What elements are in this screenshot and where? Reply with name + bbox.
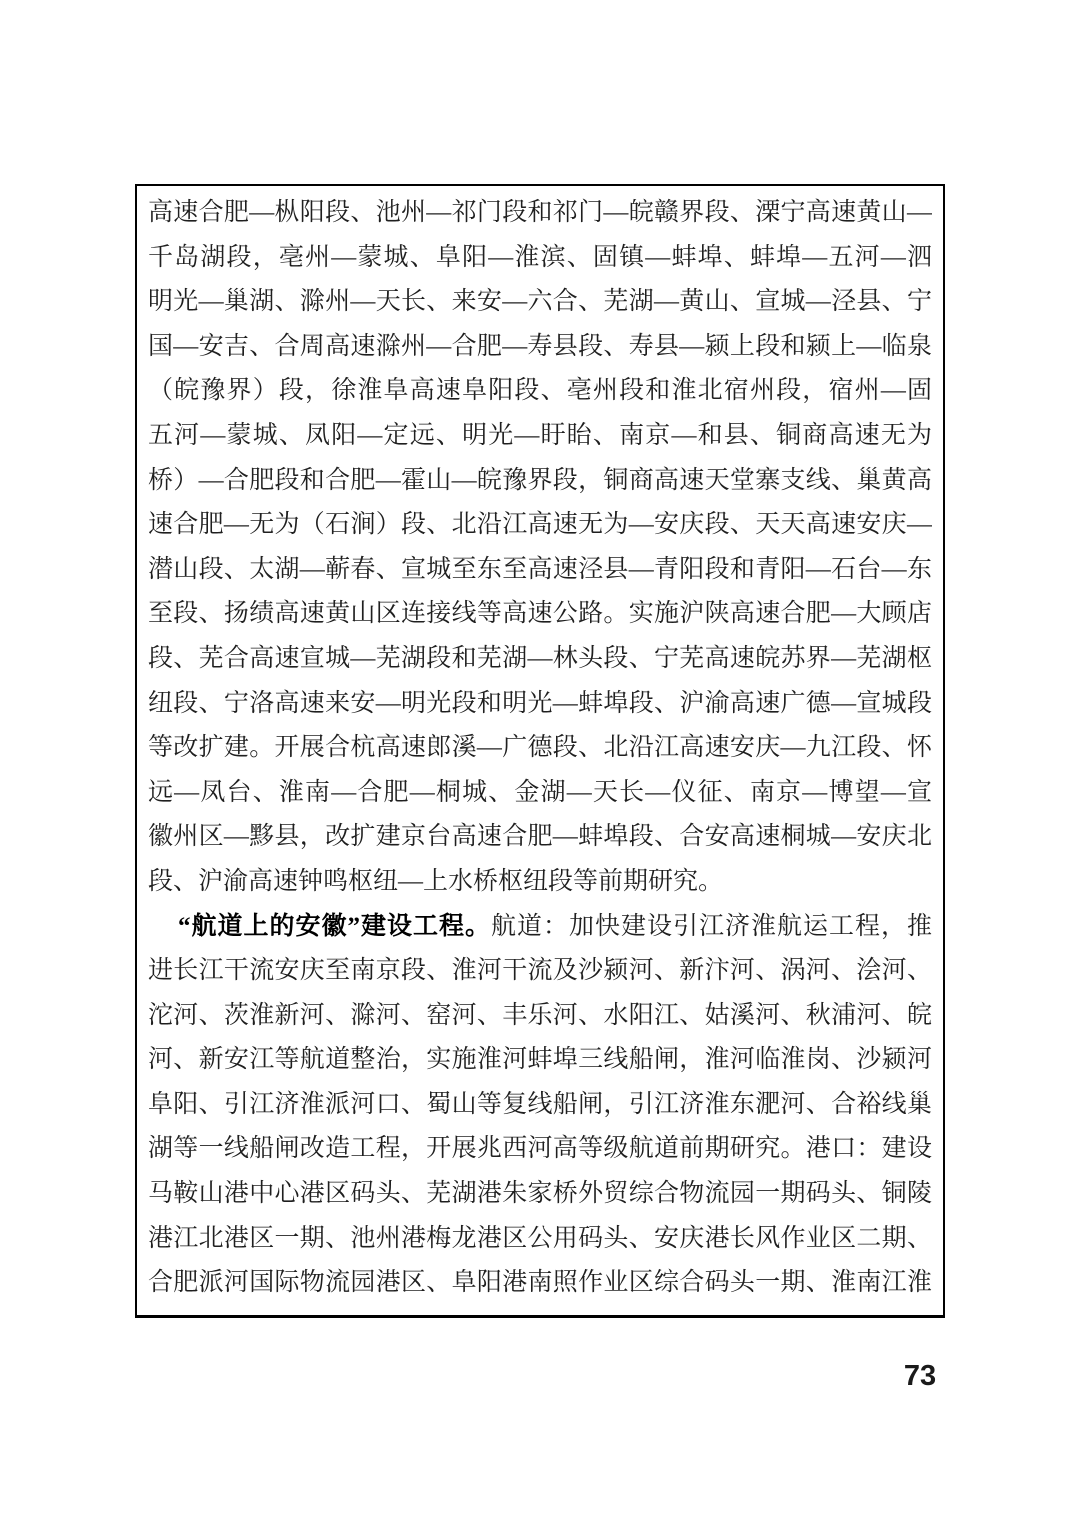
body-text: 阜阳、引江济淮派河口、蜀山等复线船闸，引江济淮东淝河、合裕线巢 bbox=[148, 1091, 932, 1118]
body-text: 远—凤台、淮南—合肥—桐城、金湖—天长—仪征、南京—博望—宣城、 bbox=[148, 779, 932, 816]
body-text: 徽州区—黟县，改扩建京台高速合肥—蚌埠段、合安高速桐城—安庆北 bbox=[148, 823, 932, 850]
body-text: 速合肥—无为（石涧）段、北沿江高速无为—安庆段、天天高速安庆— bbox=[148, 511, 932, 538]
text-line: （皖豫界）段，徐淮阜高速阜阳段、亳州段和淮北宿州段，宿州—固镇、 bbox=[148, 369, 932, 414]
body-text: 桥）—合肥段和合肥—霍山—皖豫界段，铜商高速天堂寨支线、巢黄高 bbox=[148, 467, 932, 494]
text-line: 五河—蒙城、凤阳—定远、明光—盱眙、南京—和县、铜商高速无为（塔 bbox=[148, 414, 932, 459]
body-text: 至段、扬绩高速黄山区连接线等高速公路。实施沪陕高速合肥—大顾店 bbox=[148, 600, 932, 627]
body-text: （皖豫界）段，徐淮阜高速阜阳段、亳州段和淮北宿州段，宿州—固镇、 bbox=[148, 377, 932, 414]
body-text: 沱河、茨淮新河、滁河、窑河、丰乐河、水阳江、姑溪河、秋浦河、皖 bbox=[148, 1002, 932, 1029]
body-text: 纽段、宁洛高速来安—明光段和明光—蚌埠段、沪渝高速广德—宣城段 bbox=[148, 690, 932, 717]
text-line: 国—安吉、合周高速滁州—合肥—寿县段、寿县—颍上段和颍上—临泉 bbox=[148, 325, 932, 370]
body-text: 国—安吉、合周高速滁州—合肥—寿县段、寿县—颍上段和颍上—临泉 bbox=[148, 333, 932, 360]
page-number: 73 bbox=[880, 1356, 960, 1396]
text-line: 远—凤台、淮南—合肥—桐城、金湖—天长—仪征、南京—博望—宣城、 bbox=[148, 771, 932, 816]
text-line: 速合肥—无为（石涧）段、北沿江高速无为—安庆段、天天高速安庆— bbox=[148, 503, 932, 548]
text-line: 进长江干流安庆至南京段、淮河干流及沙颍河、新汴河、涡河、浍河、 bbox=[148, 949, 932, 994]
text-line: 纽段、宁洛高速来安—明光段和明光—蚌埠段、沪渝高速广德—宣城段 bbox=[148, 682, 932, 727]
body-text: 段、芜合高速宣城—芜湖段和芜湖—林头段、宁芜高速皖苏界—芜湖枢 bbox=[148, 645, 932, 672]
body-text: 潜山段、太湖—蕲春、宣城至东至高速泾县—青阳段和青阳—石台—东 bbox=[148, 556, 932, 583]
body-text: 湖等一线船闸改造工程，开展兆西河高等级航道前期研究。港口：建设 bbox=[148, 1135, 932, 1162]
body-text: 明光—巢湖、滁州—天长、来安—六合、芜湖—黄山、宣城—泾县、宁 bbox=[148, 288, 932, 315]
body-text: 航道：加快建设引江济淮航运工程，推 bbox=[491, 913, 932, 940]
text-line: 高速合肥—枞阳段、池州—祁门段和祁门—皖赣界段、溧宁高速黄山— bbox=[148, 191, 932, 236]
text-line: 至段、扬绩高速黄山区连接线等高速公路。实施沪陕高速合肥—大顾店 bbox=[148, 592, 932, 637]
document-page: { "page": { "number": "73" }, "colors": … bbox=[0, 0, 1080, 1527]
text-line: 合肥派河国际物流园港区、阜阳港南照作业区综合码头一期、淮南江淮 bbox=[148, 1261, 932, 1306]
body-text: 段、沪渝高速钟鸣枢纽—上水桥枢纽段等前期研究。 bbox=[148, 868, 723, 895]
bold-heading-text: “航道上的安徽”建设工程。 bbox=[178, 913, 491, 940]
text-line: 明光—巢湖、滁州—天长、来安—六合、芜湖—黄山、宣城—泾县、宁 bbox=[148, 280, 932, 325]
text-line: 沱河、茨淮新河、滁河、窑河、丰乐河、水阳江、姑溪河、秋浦河、皖 bbox=[148, 994, 932, 1039]
text-line: 湖等一线船闸改造工程，开展兆西河高等级航道前期研究。港口：建设 bbox=[148, 1127, 932, 1172]
text-line: 马鞍山港中心港区码头、芜湖港朱家桥外贸综合物流园一期码头、铜陵 bbox=[148, 1172, 932, 1217]
body-text: 五河—蒙城、凤阳—定远、明光—盱眙、南京—和县、铜商高速无为（塔 bbox=[148, 422, 932, 459]
text-line: 桥）—合肥段和合肥—霍山—皖豫界段，铜商高速天堂寨支线、巢黄高 bbox=[148, 459, 932, 504]
body-text: 进长江干流安庆至南京段、淮河干流及沙颍河、新汴河、涡河、浍河、 bbox=[148, 957, 932, 984]
document-body: 高速合肥—枞阳段、池州—祁门段和祁门—皖赣界段、溧宁高速黄山—千岛湖段，亳州—蒙… bbox=[148, 191, 932, 1306]
document-text-box: 高速合肥—枞阳段、池州—祁门段和祁门—皖赣界段、溧宁高速黄山—千岛湖段，亳州—蒙… bbox=[135, 184, 945, 1318]
body-text: 港江北港区一期、池州港梅龙港区公用码头、安庆港长风作业区二期、 bbox=[148, 1225, 932, 1252]
text-line: 徽州区—黟县，改扩建京台高速合肥—蚌埠段、合安高速桐城—安庆北 bbox=[148, 815, 932, 860]
body-text: 千岛湖段，亳州—蒙城、阜阳—淮滨、固镇—蚌埠、蚌埠—五河—泗洪、 bbox=[148, 244, 932, 281]
text-line: 等改扩建。开展合杭高速郎溪—广德段、北沿江高速安庆—九江段、怀 bbox=[148, 726, 932, 771]
text-line: 千岛湖段，亳州—蒙城、阜阳—淮滨、固镇—蚌埠、蚌埠—五河—泗洪、 bbox=[148, 236, 932, 281]
text-line: 阜阳、引江济淮派河口、蜀山等复线船闸，引江济淮东淝河、合裕线巢 bbox=[148, 1083, 932, 1128]
body-text: 高速合肥—枞阳段、池州—祁门段和祁门—皖赣界段、溧宁高速黄山— bbox=[148, 199, 932, 226]
text-line: 段、芜合高速宣城—芜湖段和芜湖—林头段、宁芜高速皖苏界—芜湖枢 bbox=[148, 637, 932, 682]
text-line: 段、沪渝高速钟鸣枢纽—上水桥枢纽段等前期研究。 bbox=[148, 860, 932, 905]
text-line: 河、新安江等航道整治，实施淮河蚌埠三线船闸，淮河临淮岗、沙颍河 bbox=[148, 1038, 932, 1083]
text-line: “航道上的安徽”建设工程。航道：加快建设引江济淮航运工程，推 bbox=[148, 905, 932, 950]
text-line: 潜山段、太湖—蕲春、宣城至东至高速泾县—青阳段和青阳—石台—东 bbox=[148, 548, 932, 593]
body-text: 河、新安江等航道整治，实施淮河蚌埠三线船闸，淮河临淮岗、沙颍河 bbox=[148, 1046, 932, 1073]
body-text: 马鞍山港中心港区码头、芜湖港朱家桥外贸综合物流园一期码头、铜陵 bbox=[148, 1180, 932, 1207]
body-text: 合肥派河国际物流园港区、阜阳港南照作业区综合码头一期、淮南江淮 bbox=[148, 1269, 932, 1296]
body-text: 等改扩建。开展合杭高速郎溪—广德段、北沿江高速安庆—九江段、怀 bbox=[148, 734, 932, 761]
text-line: 港江北港区一期、池州港梅龙港区公用码头、安庆港长风作业区二期、 bbox=[148, 1217, 932, 1262]
